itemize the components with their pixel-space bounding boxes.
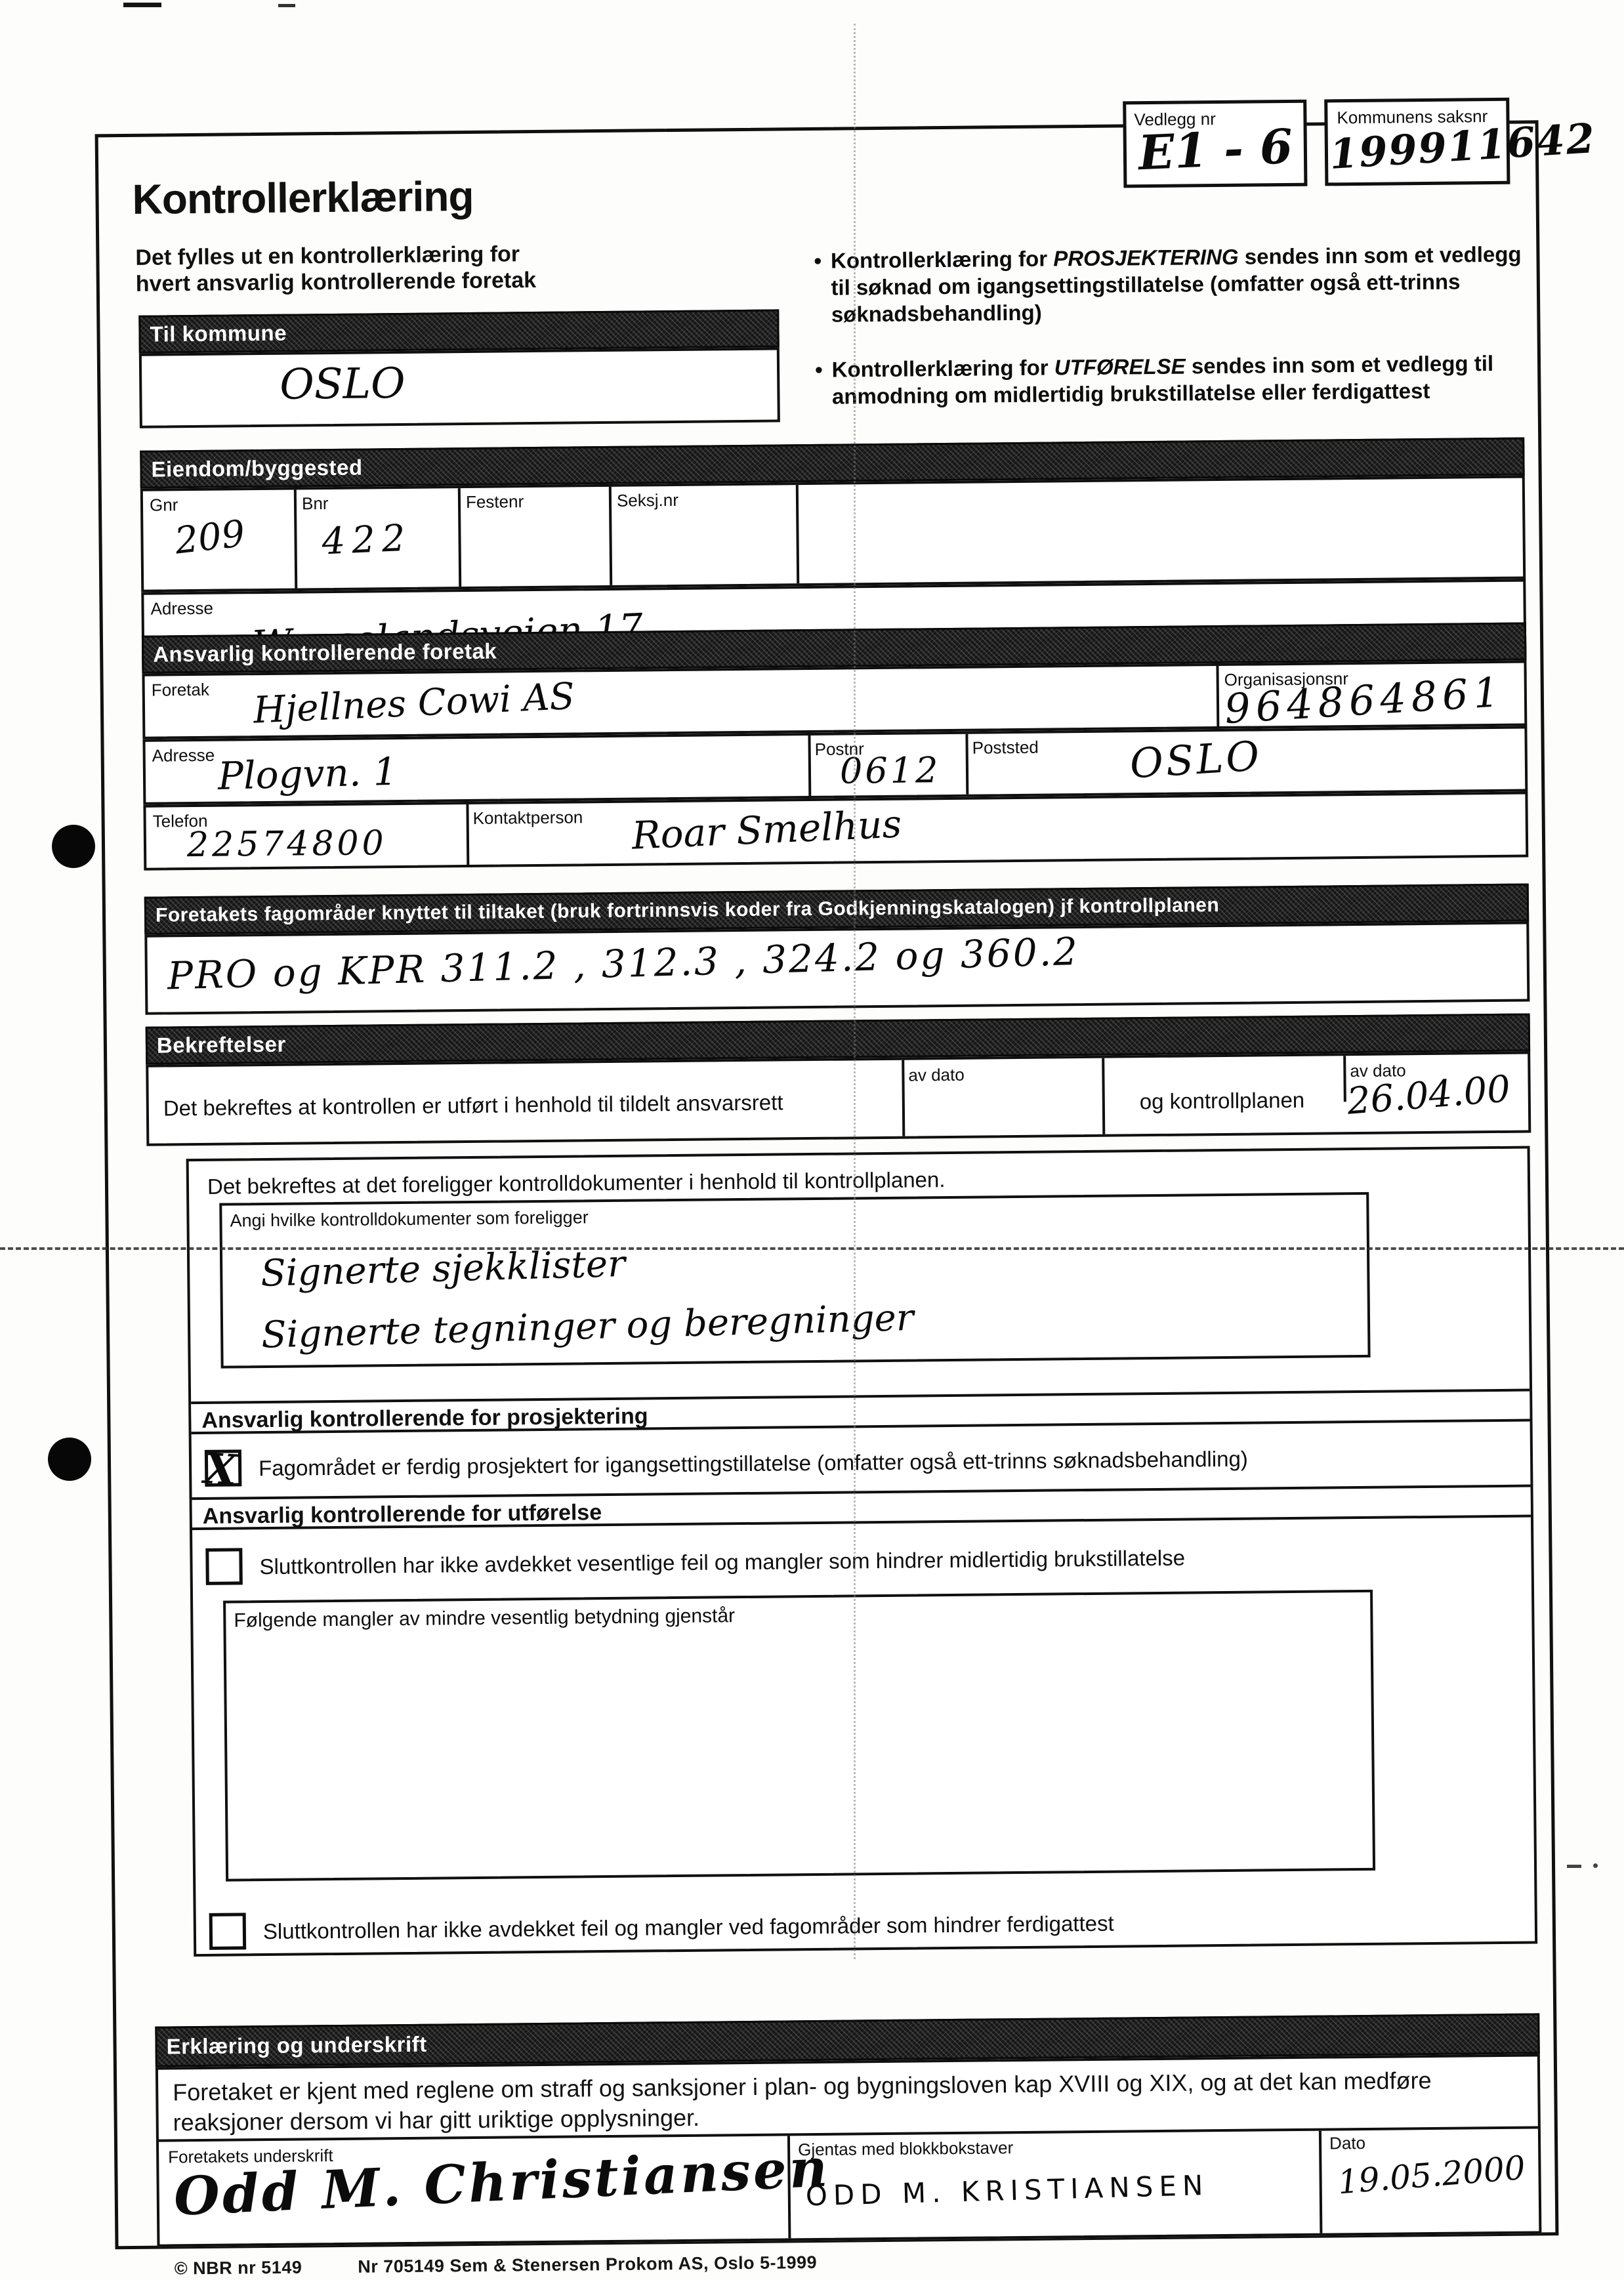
scan-mark xyxy=(1567,1865,1581,1868)
bullet-utforelse-text: Kontrollerklæring for UTFØRELSE sendes i… xyxy=(831,349,1530,409)
footer-print-info: Nr 705149 Sem & Stenersen Prokom AS, Osl… xyxy=(358,2252,817,2277)
checkbox-ferdigattest[interactable] xyxy=(209,1913,247,1950)
bnr-value[interactable]: 422 xyxy=(321,520,412,560)
header-prosjektering: Ansvarlig kontrollerende for prosjekteri… xyxy=(191,1389,1530,1435)
bekreftelser-row: Det bekreftes at kontrollen er utført i … xyxy=(146,1051,1531,1146)
dato-value[interactable]: 19.05.2000 xyxy=(1337,2151,1526,2199)
bullet-utforelse: • Kontrollerklæring for UTFØRELSE sendes… xyxy=(815,349,1531,409)
blokkbokstaver-label: Gjentas med blokkbokstaver xyxy=(798,2138,1013,2160)
adresse-label: Adresse xyxy=(150,598,213,619)
avdato1-label: av dato xyxy=(908,1065,965,1086)
fold-mark-line xyxy=(0,1247,1624,1250)
poststed-label: Poststed xyxy=(972,737,1038,758)
gnr-value[interactable]: 209 xyxy=(173,516,247,560)
signature-row: Foretakets underskrift Gjentas med blokk… xyxy=(159,2126,1539,2244)
gnr-label: Gnr xyxy=(150,495,178,515)
checkbox-prosjektert[interactable]: X xyxy=(205,1449,242,1487)
eiendom-row: Gnr Bnr Festenr Seksj.nr 209 422 xyxy=(140,476,1526,592)
checkbox-midlertidig-label: Sluttkontrollen har ikke avdekket vesent… xyxy=(259,1546,1185,1580)
og-kontrollplanen-text: og kontrollplanen xyxy=(1140,1088,1305,1114)
kontaktperson-value[interactable]: Roar Smelhus xyxy=(631,805,903,855)
kommunens-saksnr-box: Kommunens saksnr 199911642 xyxy=(1324,98,1510,186)
til-kommune-field[interactable]: OSLO xyxy=(139,347,780,428)
scan-mark xyxy=(123,3,161,7)
checkbox-x-mark: X xyxy=(203,1444,238,1495)
kontaktperson-label: Kontaktperson xyxy=(472,807,583,829)
fagomrader-value[interactable]: PRO og KPR 311.2 , 312.3 , 324.2 og 360.… xyxy=(167,932,1079,995)
foretak-adresse-label: Adresse xyxy=(152,745,215,766)
mangler-field[interactable]: Følgende mangler av mindre vesentlig bet… xyxy=(223,1590,1375,1882)
dato-label: Dato xyxy=(1329,2133,1365,2154)
foretak-telefon-row: Telefon Kontaktperson 22574800 Roar Smel… xyxy=(143,792,1528,871)
scan-mark xyxy=(1593,1863,1598,1868)
telefon-value[interactable]: 22574800 xyxy=(187,826,387,862)
section-til-kommune: Til kommune xyxy=(138,309,780,353)
vedlegg-nr-value[interactable]: E1 - 6 xyxy=(1137,123,1293,176)
footer-nbr: © NBR nr 5149 xyxy=(175,2258,302,2279)
page-title: Kontrollerklæring xyxy=(132,172,474,224)
bullet-icon: • xyxy=(814,247,822,328)
avdato2-value[interactable]: 26.04.00 xyxy=(1346,1071,1512,1121)
erklaering-statement: Foretaket er kjent med reglene om straff… xyxy=(173,2065,1524,2138)
bullet-prosjektering-text: Kontrollerklæring for PROSJEKTERING send… xyxy=(831,240,1530,327)
bullet-prosjektering: • Kontrollerklæring for PROSJEKTERING se… xyxy=(814,240,1530,327)
hole-punch-bottom xyxy=(48,1438,91,1481)
kontroll-container-box: Det bekreftes at det foreligger kontroll… xyxy=(186,1146,1538,1957)
poststed-value[interactable]: OSLO xyxy=(1129,736,1263,784)
seksjnr-label: Seksj.nr xyxy=(617,490,678,511)
bnr-label: Bnr xyxy=(302,493,329,514)
scanned-form-page: Vedlegg nr E1 - 6 Kommunens saksnr 19991… xyxy=(0,0,1624,2280)
erklaering-box: Foretaket er kjent med reglene om straff… xyxy=(156,2054,1542,2247)
checkbox-ferdigattest-label: Sluttkontrollen har ikke avdekket feil o… xyxy=(263,1911,1114,1944)
kontrolldokumenter-field[interactable]: Angi hvilke kontrolldokumenter som forel… xyxy=(219,1192,1370,1369)
checkbox-midlertidig-brukstillatelse[interactable] xyxy=(205,1548,243,1585)
page-subtitle: Det fylles ut en kontrollerklæring for h… xyxy=(135,241,536,297)
center-fold-dotted-line xyxy=(854,24,856,1959)
form-scan-content: Vedlegg nr E1 - 6 Kommunens saksnr 19991… xyxy=(0,0,1624,2280)
foretak-value[interactable]: Hjellnes Cowi AS xyxy=(253,678,575,730)
scan-mark xyxy=(278,4,295,7)
dok-line-1[interactable]: Signerte sjekklister xyxy=(260,1246,626,1293)
foretak-label: Foretak xyxy=(152,680,209,701)
checkbox-prosjektert-label: Fagområdet er ferdig prosjektert for iga… xyxy=(259,1447,1248,1481)
header-utforelse: Ansvarlig kontrollerende for utførelse xyxy=(192,1485,1531,1531)
dok-box-label: Angi hvilke kontrolldokumenter som forel… xyxy=(230,1207,589,1231)
mangler-box-label: Følgende mangler av mindre vesentlig bet… xyxy=(234,1605,735,1632)
festenr-label: Festenr xyxy=(466,491,524,512)
blokkbokstaver-value[interactable]: ODD M. KRISTIANSEN xyxy=(805,2172,1209,2210)
dok-statement: Det bekreftes at det foreligger kontroll… xyxy=(207,1167,946,1199)
fagomrader-field[interactable]: PRO og KPR 311.2 , 312.3 , 324.2 og 360.… xyxy=(144,922,1530,1015)
bullet-icon: • xyxy=(815,356,823,410)
vedlegg-nr-box: Vedlegg nr E1 - 6 xyxy=(1123,100,1307,188)
foretak-adresse-value[interactable]: Plogvn. 1 xyxy=(217,753,398,795)
bekreftelser-statement: Det bekreftes at kontrollen er utført i … xyxy=(163,1090,783,1121)
subtitle-line-2: hvert ansvarlig kontrollerende foretak xyxy=(136,267,537,297)
subtitle-line-1: Det fylles ut en kontrollerklæring for xyxy=(135,241,536,271)
hole-punch-top xyxy=(52,825,95,868)
dok-line-2[interactable]: Signerte tegninger og beregninger xyxy=(261,1300,915,1354)
til-kommune-value[interactable]: OSLO xyxy=(280,363,406,406)
form-footer: © NBR nr 5149 Nr 705149 Sem & Stenersen … xyxy=(175,2252,818,2279)
